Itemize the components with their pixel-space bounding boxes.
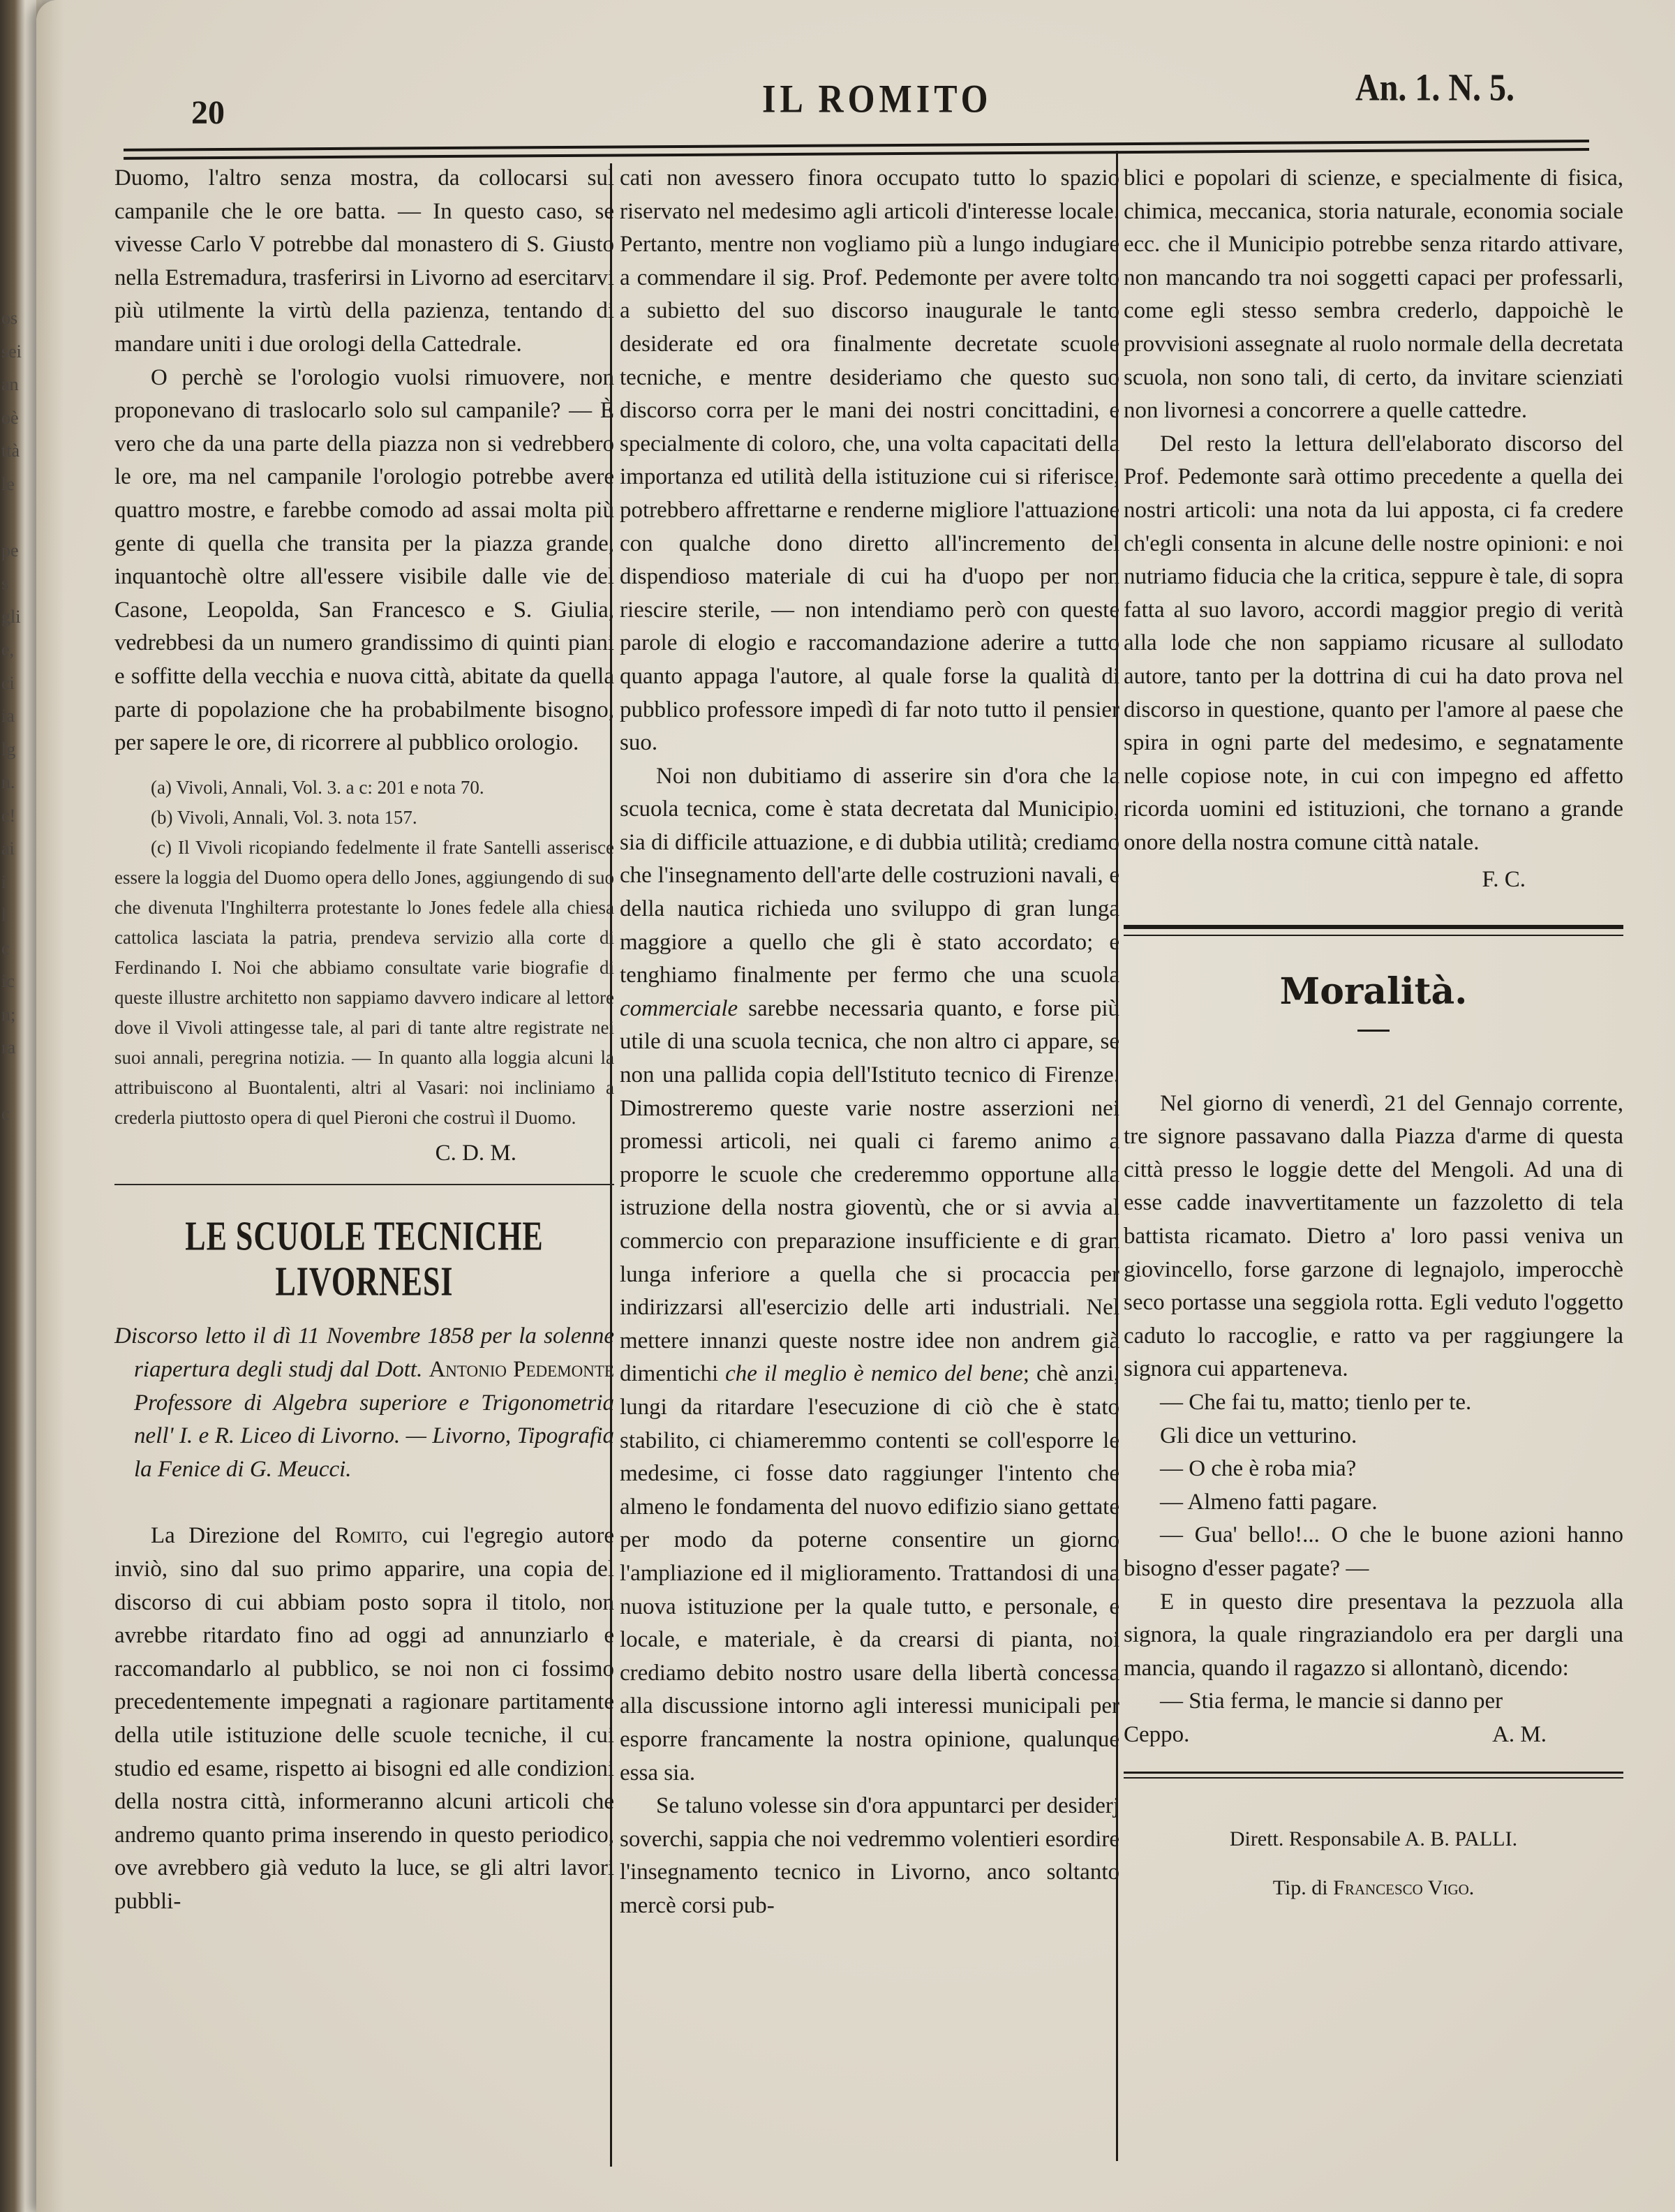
adjacent-page-edge: os sei an oè ttà le pe s gli e, ci ia lg… — [0, 0, 42, 2212]
body-text: sarebbe necessaria quanto, e forse più u… — [620, 996, 1119, 1387]
responsible-director: Dirett. Responsabile A. B. PALLI. — [1124, 1815, 1623, 1864]
article-title: LE SCUOLE TECNICHE LIVORNESI — [114, 1215, 614, 1305]
dialogue-line: — Almeno fatti pagare. — [1124, 1486, 1623, 1520]
page-number: 20 — [191, 94, 225, 132]
footnote-a: (a) Vivoli, Annali, Vol. 3. a c: 201 e n… — [114, 773, 614, 803]
adjacent-page-text-fragments: os sei an oè ttà le pe s gli e, ci ia lg… — [1, 302, 29, 1131]
body-text: , cui l'egregio autore inviò, sino dal s… — [114, 1523, 614, 1914]
title-dash — [1357, 1030, 1390, 1032]
body-paragraph: Se taluno volesse sin d'ora appuntarci p… — [620, 1790, 1119, 1922]
body-paragraph: Noi non dubitiamo di asserire sin d'ora … — [620, 760, 1119, 1790]
footnote-b: (b) Vivoli, Annali, Vol. 3. nota 157. — [114, 803, 614, 833]
column-2: cati non avessero finora occupato tutto … — [620, 162, 1119, 1922]
body-paragraph: Nel giorno di venerdì, 21 del Gennajo co… — [1124, 1088, 1623, 1386]
subtitle-author: Antonio Pedemonte — [429, 1357, 614, 1382]
masthead-double-rule — [124, 140, 1589, 160]
section-divider — [114, 1184, 614, 1185]
body-paragraph: blici e popolari di scienze, e specialme… — [1124, 162, 1623, 428]
masthead: 20 IL ROMITO An. 1. N. 5. — [36, 70, 1675, 140]
imprint-double-rule — [1124, 1772, 1623, 1779]
gutter-shadow — [36, 0, 64, 2212]
imprint: Dirett. Responsabile A. B. PALLI. Tip. d… — [1124, 1815, 1623, 1913]
body-text: ; chè anzi, lungi da ritardare l'esecuzi… — [620, 1361, 1119, 1785]
italic-quote: che il meglio è nemico del bene — [725, 1361, 1023, 1386]
dialogue-line: Gli dice un vetturino. — [1124, 1420, 1623, 1453]
body-text: Noi non dubitiamo di asserire sin d'ora … — [620, 764, 1119, 988]
printer-name: Francesco Vigo. — [1333, 1876, 1474, 1899]
body-paragraph: E in questo dire presentava la pezzuola … — [1124, 1586, 1623, 1686]
body-paragraph: La Direzione del Romito, cui l'egregio a… — [114, 1520, 614, 1918]
newspaper-page: 20 IL ROMITO An. 1. N. 5. Duomo, l'altro… — [36, 0, 1675, 2212]
printer-prefix: Tip. di — [1273, 1876, 1333, 1899]
issue-number: An. 1. N. 5. — [1355, 66, 1514, 110]
newspaper-spread: os sei an oè ttà le pe s gli e, ci ia lg… — [0, 0, 1675, 2212]
printer: Tip. di Francesco Vigo. — [1124, 1864, 1623, 1913]
newspaper-name-smallcaps: Romito — [335, 1523, 403, 1548]
body-paragraph: O perchè se l'orologio vuolsi rimuovere,… — [114, 362, 614, 760]
moral-section-title: Moralità. — [1124, 975, 1623, 1009]
newspaper-title: IL ROMITO — [762, 75, 992, 122]
dialogue-line: — Che fai tu, matto; tienlo per te. — [1124, 1386, 1623, 1420]
closing-line: Ceppo. A. M. — [1124, 1719, 1623, 1752]
author-signature: A. M. — [1492, 1719, 1547, 1752]
author-signature: F. C. — [1124, 863, 1623, 897]
dialogue-line: — Gua' bello!... O che le buone azioni h… — [1124, 1519, 1623, 1585]
column-1: Duomo, l'altro senza mostra, da collocar… — [114, 162, 614, 1919]
dialogue-line: — Stia ferma, le mancie si danno per — [1124, 1685, 1623, 1719]
body-paragraph: Del resto la lettura dell'elaborato disc… — [1124, 428, 1623, 860]
body-paragraph: Duomo, l'altro senza mostra, da collocar… — [114, 162, 614, 362]
italic-term: commerciale — [620, 996, 738, 1021]
column-3: blici e popolari di scienze, e specialme… — [1124, 162, 1623, 1913]
subtitle-text: Professore di Algebra superiore e Trigon… — [134, 1390, 614, 1482]
dialogue-line: — O che è roba mia? — [1124, 1453, 1623, 1486]
body-paragraph: cati non avessero finora occupato tutto … — [620, 162, 1119, 760]
body-text: La Direzione del — [151, 1523, 335, 1548]
closing-word: Ceppo. — [1124, 1719, 1189, 1752]
article-subtitle: Discorso letto il dì 11 Novembre 1858 pe… — [114, 1320, 614, 1486]
footnote-c: (c) Il Vivoli ricopiando fedelmente il f… — [114, 833, 614, 1133]
author-signature: C. D. M. — [114, 1137, 614, 1171]
section-double-rule — [1124, 925, 1623, 936]
footnotes: (a) Vivoli, Annali, Vol. 3. a c: 201 e n… — [114, 773, 614, 1133]
